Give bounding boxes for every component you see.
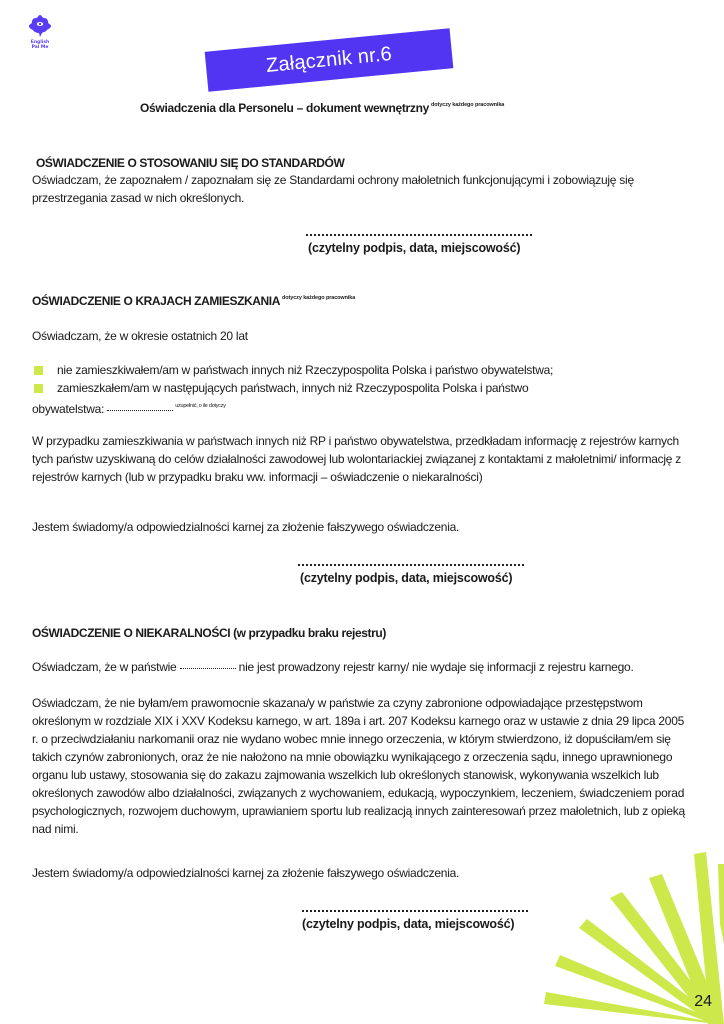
document-title: Oświadczenia dla Personelu – dokument we… <box>140 101 504 115</box>
brand-logo: English Pal Me <box>20 14 60 50</box>
liability-statement: Jestem świadomy/a odpowiedzialności karn… <box>32 518 459 536</box>
signature-line[interactable] <box>298 564 524 566</box>
residence-intro: Oświadczam, że w okresie ostatnich 20 la… <box>32 327 248 345</box>
citizenship-fill-line: obywatelstwa: uzupełnić, o ile dotyczy <box>32 397 226 418</box>
signature-line[interactable] <box>302 910 528 912</box>
no-register-statement: Oświadczam, że w państwie nie jest prowa… <box>32 658 692 676</box>
section-heading-no-criminal-record: OŚWIADCZENIE O NIEKARALNOŚCI (w przypadk… <box>32 626 386 640</box>
checkbox-square-icon[interactable] <box>34 384 43 393</box>
checkbox-square-icon[interactable] <box>34 366 43 375</box>
country-fill-field[interactable] <box>180 668 236 669</box>
option-not-resided[interactable]: nie zamieszkiwałem/am w państwach innych… <box>34 361 694 379</box>
liability-statement: Jestem świadomy/a odpowiedzialności karn… <box>32 864 459 882</box>
section-heading-residence: OŚWIADCZENIE O KRAJACH ZAMIESZKANIAdotyc… <box>32 294 355 308</box>
speech-bubble-logo-icon <box>28 14 52 38</box>
logo-text: English Pal Me <box>20 40 60 50</box>
signature-caption: (czytelny podpis, data, miejscowość) <box>302 917 514 931</box>
signature-caption: (czytelny podpis, data, miejscowość) <box>308 241 520 255</box>
title-note: dotyczy każdego pracownika <box>431 102 504 108</box>
heading-note: dotyczy każdego pracownika <box>282 295 355 301</box>
signature-line[interactable] <box>306 234 532 236</box>
residence-body: W przypadku zamieszkiwania w państwach i… <box>32 432 692 486</box>
option-resided[interactable]: zamieszkałem/am w następujących państwac… <box>34 379 694 397</box>
no-conviction-statement: Oświadczam, że nie byłam/em prawomocnie … <box>32 694 692 838</box>
section-body-standards: Oświadczam, że zapoznałem / zapoznałam s… <box>32 171 672 207</box>
section-heading-standards: OŚWIADCZENIE O STOSOWANIU SIĘ DO STANDAR… <box>36 156 344 170</box>
attachment-banner: Załącznik nr.6 <box>205 28 454 91</box>
fill-note: uzupełnić, o ile dotyczy <box>175 403 226 409</box>
page-number: 24 <box>694 993 712 1011</box>
countries-fill-field[interactable] <box>107 410 173 411</box>
signature-caption: (czytelny podpis, data, miejscowość) <box>300 571 512 585</box>
